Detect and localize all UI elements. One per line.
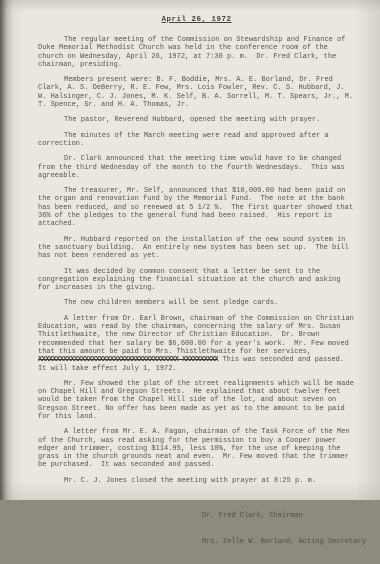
paragraph-meeting-time-change: Dr. Clark announced that the meeting tim… (38, 155, 355, 180)
paragraph-sound-system: Mr. Hubbard reported on the installation… (38, 236, 355, 261)
scanned-page: April 26, 1972 The regular meeting of th… (0, 0, 380, 500)
minutes-document: April 26, 1972 The regular meeting of th… (38, 16, 355, 500)
paragraph-treasurer-report: The treasurer, Mr. Self, announced that … (38, 187, 355, 228)
signature-block: Dr. Fred Clark, Chairman Mrs. Zelle W. B… (202, 495, 355, 500)
paragraph-minutes-approved: The minutes of the March meeting were re… (38, 132, 355, 149)
paragraph-mower-purchase: A letter from Mr. E. A. Fagan, chairman … (38, 428, 355, 469)
redacted-text: XXXXXXXXXXXXXXXXXXXXXXXXXXXXXXXXXXXXXXX … (38, 356, 218, 364)
paragraph-members-present: Members present were: B. F. Boddie, Mrs.… (38, 76, 355, 109)
salary-text-before: A letter from Dr. Earl Brown, chairman o… (38, 315, 358, 356)
date-heading: April 26, 1972 (38, 16, 355, 24)
paragraph-salary-recommendation: A letter from Dr. Earl Brown, chairman o… (38, 315, 355, 373)
paragraph-pledge-cards: The new children members will be sent pl… (38, 299, 355, 307)
paragraph-closing-prayer: Mr. C. J. Jones closed the meeting with … (38, 477, 355, 485)
paragraph-meeting-opening: The regular meeting of the Commission on… (38, 36, 355, 69)
paragraph-opening-prayer: The pastor, Reverend Hubbard, opened the… (38, 116, 355, 124)
paragraph-street-realignment: Mr. Few showed the plat of the street re… (38, 380, 355, 421)
paragraph-congregation-letter: It was decided by common consent that a … (38, 268, 355, 293)
